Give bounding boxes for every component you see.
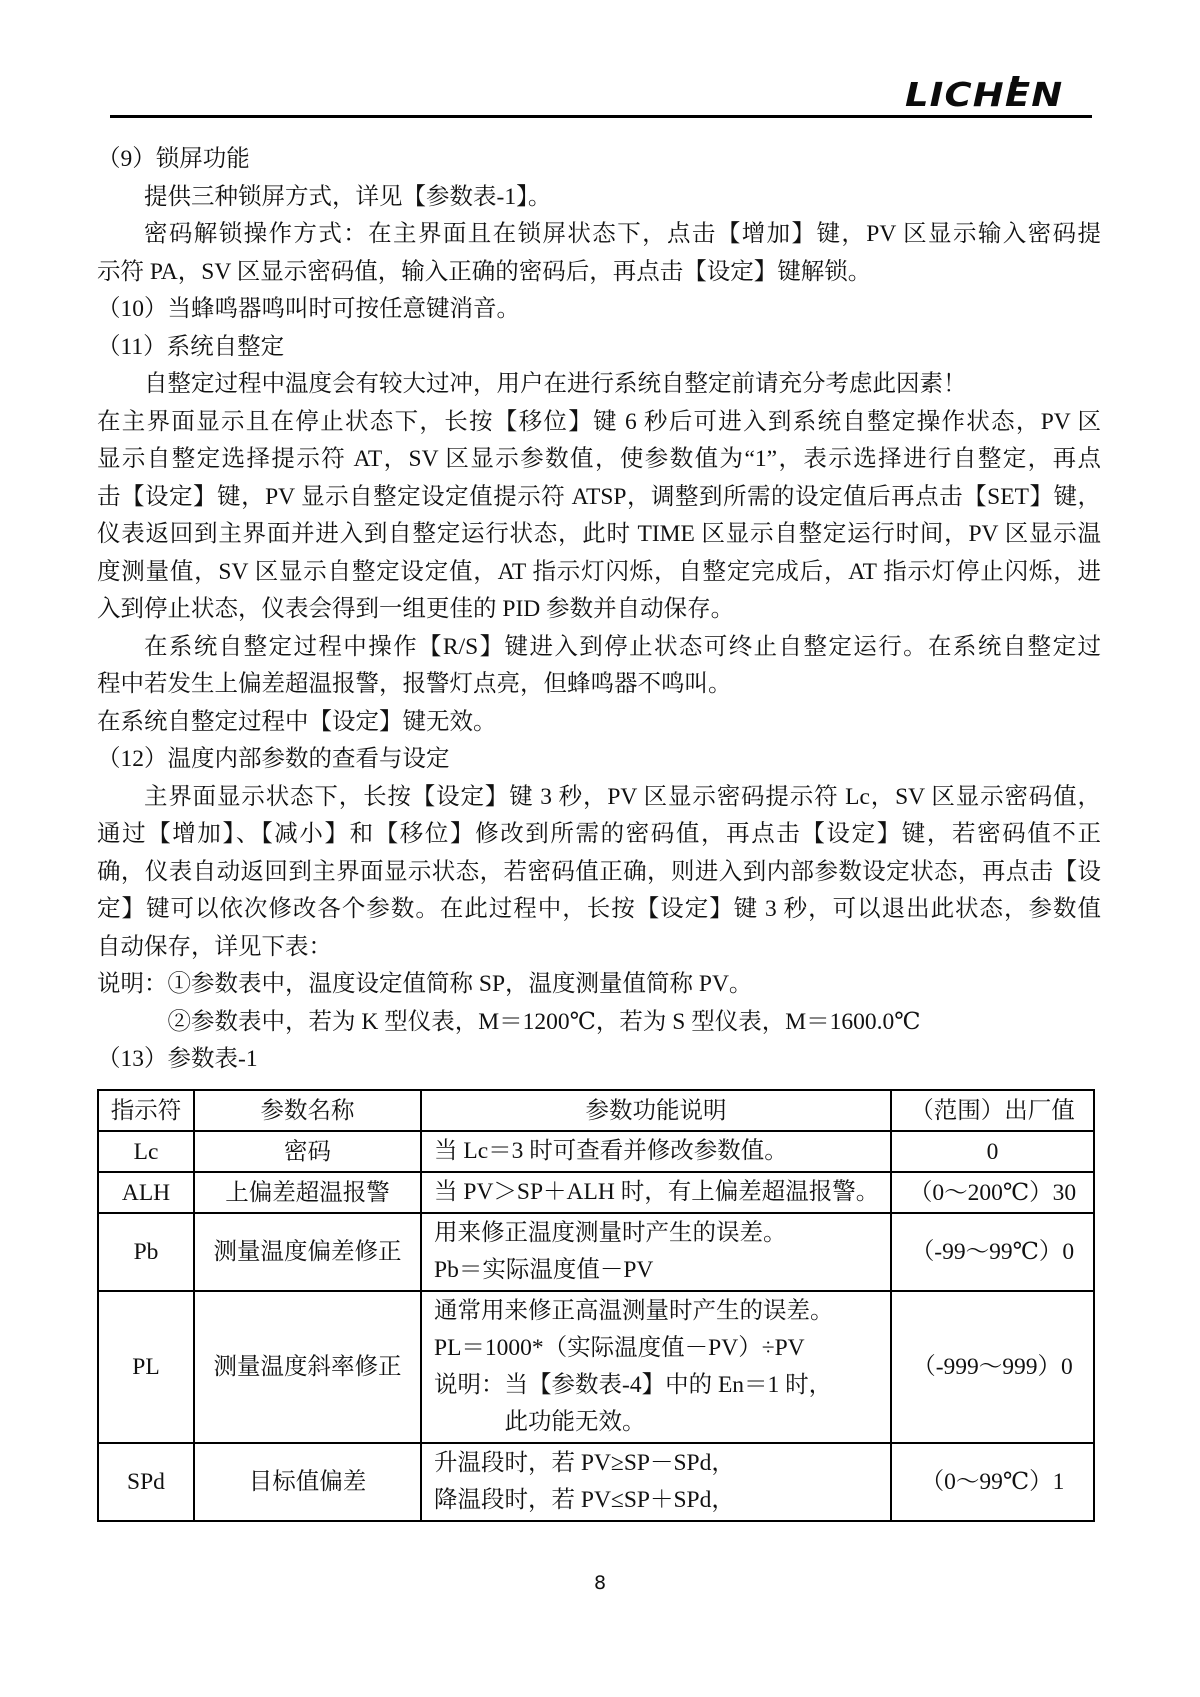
text-line: 提供三种锁屏方式，详见【参数表-1】。 — [97, 179, 1101, 217]
parameter-table-1: 指示符参数名称参数功能说明（范围）出厂值 Lc密码当 Lc＝3 时可查看并修改参… — [97, 1089, 1095, 1522]
description-line: 通常用来修正高温测量时产生的误差。 — [434, 1293, 882, 1330]
text-line: 在系统自整定过程中操作【R/S】键进入到停止状态可终止自整定运行。在系统自整定过 — [97, 629, 1101, 667]
table-row: ALH上偏差超温报警当 PV＞SP＋ALH 时，有上偏差超温报警。（0～200℃… — [98, 1172, 1094, 1213]
text-line: 度测量值，SV 区显示自整定设定值，AT 指示灯闪烁，自整定完成后，AT 指示灯… — [97, 554, 1101, 592]
description-line: 说明：当【参数表-4】中的 En＝1 时， — [434, 1367, 882, 1404]
description-line: Pb＝实际温度值－PV — [434, 1252, 882, 1289]
param-range-default-cell: （0～200℃）30 — [891, 1172, 1094, 1213]
text-line: 密码解锁操作方式：在主界面且在锁屏状态下，点击【增加】键，PV 区显示输入密码提 — [97, 216, 1101, 254]
table-head: 指示符参数名称参数功能说明（范围）出厂值 — [98, 1090, 1094, 1131]
text-line: 自整定过程中温度会有较大过冲，用户在进行系统自整定前请充分考虑此因素！ — [97, 366, 1101, 404]
text-line: 仪表返回到主界面并进入到自整定运行状态，此时 TIME 区显示自整定运行时间，P… — [97, 516, 1101, 554]
text-line: 击【设定】键，PV 显示自整定设定值提示符 ATSP，调整到所需的设定值后再点击… — [97, 479, 1101, 517]
param-description-cell: 通常用来修正高温测量时产生的误差。PL＝1000*（实际温度值－PV）÷PV说明… — [421, 1291, 891, 1443]
text-line: 入到停止状态，仪表会得到一组更佳的 PID 参数并自动保存。 — [97, 591, 1101, 629]
param-range-default-cell: （-999～999）0 — [891, 1291, 1094, 1443]
param-name-cell: 上偏差超温报警 — [194, 1172, 421, 1213]
logo-dot-icon — [1011, 76, 1019, 83]
text-line: 自动保存，详见下表： — [97, 929, 1101, 967]
table-header-cell: 参数功能说明 — [421, 1090, 891, 1131]
param-symbol-cell: Pb — [98, 1213, 194, 1291]
description-line: 此功能无效。 — [434, 1404, 882, 1441]
table-row: Pb测量温度偏差修正用来修正温度测量时产生的误差。Pb＝实际温度值－PV（-99… — [98, 1213, 1094, 1291]
text-line: （12）温度内部参数的查看与设定 — [97, 741, 1101, 779]
text-line: 通过【增加】、【减小】和【移位】修改到所需的密码值，再点击【设定】键，若密码值不… — [97, 816, 1101, 854]
text-line: （9）锁屏功能 — [97, 141, 1101, 179]
param-range-default-cell: （0～99℃）1 — [891, 1443, 1094, 1521]
text-line: 在主界面显示且在停止状态下，长按【移位】键 6 秒后可进入到系统自整定操作状态，… — [97, 404, 1101, 442]
param-symbol-cell: Lc — [98, 1131, 194, 1172]
text-line: 示符 PA，SV 区显示密码值，输入正确的密码后，再点击【设定】键解锁。 — [97, 254, 1101, 292]
param-name-cell: 测量温度斜率修正 — [194, 1291, 421, 1443]
lichen-logo: LICHEN — [905, 78, 1063, 111]
param-name-cell: 目标值偏差 — [194, 1443, 421, 1521]
text-line: （10）当蜂鸣器鸣叫时可按任意键消音。 — [97, 291, 1101, 329]
text-line: 主界面显示状态下，长按【设定】键 3 秒，PV 区显示密码提示符 Lc，SV 区… — [97, 779, 1101, 817]
param-symbol-cell: PL — [98, 1291, 194, 1443]
param-description-cell: 当 PV＞SP＋ALH 时，有上偏差超温报警。 — [421, 1172, 891, 1213]
param-description-cell: 当 Lc＝3 时可查看并修改参数值。 — [421, 1131, 891, 1172]
param-range-default-cell: 0 — [891, 1131, 1094, 1172]
table-header-row: 指示符参数名称参数功能说明（范围）出厂值 — [98, 1090, 1094, 1131]
table-row: PL测量温度斜率修正通常用来修正高温测量时产生的误差。PL＝1000*（实际温度… — [98, 1291, 1094, 1443]
body-text: （9）锁屏功能提供三种锁屏方式，详见【参数表-1】。密码解锁操作方式：在主界面且… — [97, 141, 1101, 1079]
table-header-cell: 参数名称 — [194, 1090, 421, 1131]
table-row: Lc密码当 Lc＝3 时可查看并修改参数值。0 — [98, 1131, 1094, 1172]
param-description-cell: 升温段时，若 PV≥SP－SPd，降温段时，若 PV≤SP＋SPd， — [421, 1443, 891, 1521]
text-line: ②参数表中，若为 K 型仪表，M＝1200℃，若为 S 型仪表，M＝1600.0… — [97, 1004, 1101, 1042]
param-name-cell: 密码 — [194, 1131, 421, 1172]
text-line: （11）系统自整定 — [97, 329, 1101, 367]
text-line: 说明：①参数表中，温度设定值简称 SP，温度测量值简称 PV。 — [97, 966, 1101, 1004]
description-line: 降温段时，若 PV≤SP＋SPd， — [434, 1482, 882, 1519]
description-line: PL＝1000*（实际温度值－PV）÷PV — [434, 1330, 882, 1367]
text-line: （13）参数表-1 — [97, 1041, 1101, 1079]
param-name-cell: 测量温度偏差修正 — [194, 1213, 421, 1291]
document-page: LICHEN （9）锁屏功能提供三种锁屏方式，详见【参数表-1】。密码解锁操作方… — [0, 0, 1200, 1697]
header-divider — [110, 115, 1092, 118]
text-line: 确，仪表自动返回到主界面显示状态，若密码值正确，则进入到内部参数设定状态，再点击… — [97, 854, 1101, 892]
text-line: 程中若发生上偏差超温报警，报警灯点亮，但蜂鸣器不鸣叫。 — [97, 666, 1101, 704]
param-range-default-cell: （-99～99℃）0 — [891, 1213, 1094, 1291]
table-body: Lc密码当 Lc＝3 时可查看并修改参数值。0ALH上偏差超温报警当 PV＞SP… — [98, 1131, 1094, 1521]
param-symbol-cell: ALH — [98, 1172, 194, 1213]
page-number: 8 — [0, 1572, 1200, 1594]
table-header-cell: （范围）出厂值 — [891, 1090, 1094, 1131]
table-header-cell: 指示符 — [98, 1090, 194, 1131]
text-line: 在系统自整定过程中【设定】键无效。 — [97, 704, 1101, 742]
description-line: 用来修正温度测量时产生的误差。 — [434, 1215, 882, 1252]
description-line: 当 PV＞SP＋ALH 时，有上偏差超温报警。 — [434, 1174, 882, 1211]
table-row: SPd目标值偏差升温段时，若 PV≥SP－SPd，降温段时，若 PV≤SP＋SP… — [98, 1443, 1094, 1521]
param-description-cell: 用来修正温度测量时产生的误差。Pb＝实际温度值－PV — [421, 1213, 891, 1291]
text-line: 显示自整定选择提示符 AT，SV 区显示参数值，使参数值为“1”，表示选择进行自… — [97, 441, 1101, 479]
param-symbol-cell: SPd — [98, 1443, 194, 1521]
description-line: 当 Lc＝3 时可查看并修改参数值。 — [434, 1133, 882, 1170]
description-line: 升温段时，若 PV≥SP－SPd， — [434, 1445, 882, 1482]
text-line: 定】键可以依次修改各个参数。在此过程中，长按【设定】键 3 秒，可以退出此状态，… — [97, 891, 1101, 929]
